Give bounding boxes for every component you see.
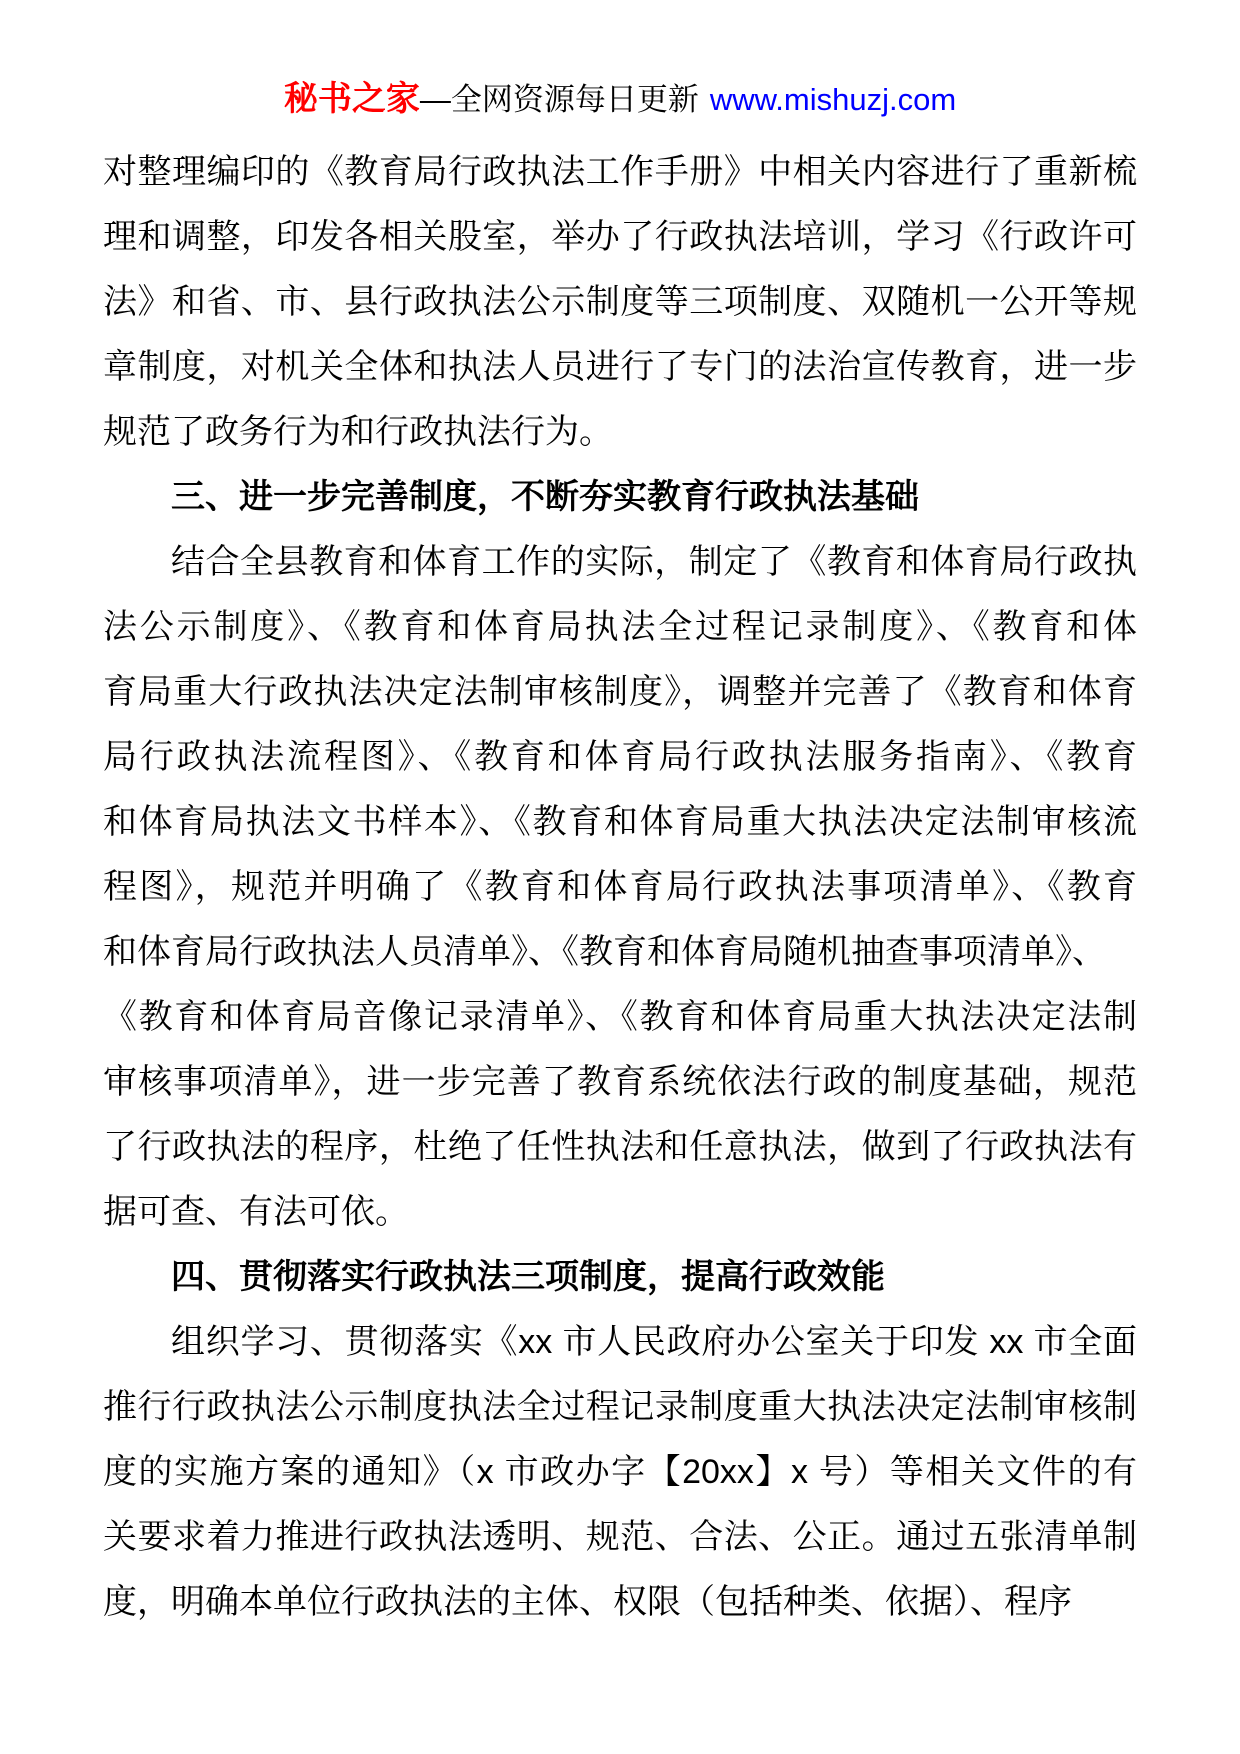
text-line: 了行政执法的程序，杜绝了任性执法和任意执法，做到了行政执法有 bbox=[103, 1115, 1137, 1180]
text-line: 组织学习、贯彻落实《xx 市人民政府办公室关于印发 xx 市全面 bbox=[103, 1310, 1137, 1375]
text-line: 关要求着力推进行政执法透明、规范、合法、公正。通过五张清单制 bbox=[103, 1505, 1137, 1570]
text-line: 育局重大行政执法决定法制审核制度》，调整并完善了《教育和体育 bbox=[103, 660, 1137, 725]
section-heading: 三、进一步完善制度，不断夯实教育行政执法基础 bbox=[103, 465, 1137, 530]
text-line: 据可查、有法可依。 bbox=[103, 1180, 1137, 1245]
text-line: 度，明确本单位行政执法的主体、权限（包括种类、依据）、程序 bbox=[103, 1570, 1137, 1635]
text-line: 推行行政执法公示制度执法全过程记录制度重大执法决定法制审核制 bbox=[103, 1375, 1137, 1440]
section-heading: 四、贯彻落实行政执法三项制度，提高行政效能 bbox=[103, 1245, 1137, 1310]
text-line: 对整理编印的《教育局行政执法工作手册》中相关内容进行了重新梳 bbox=[103, 140, 1137, 205]
paragraph: 对整理编印的《教育局行政执法工作手册》中相关内容进行了重新梳理和调整，印发各相关… bbox=[103, 140, 1137, 465]
text-line: 理和调整，印发各相关股室，举办了行政执法培训，学习《行政许可 bbox=[103, 205, 1137, 270]
text-line: 四、贯彻落实行政执法三项制度，提高行政效能 bbox=[103, 1245, 1137, 1310]
text-line: 章制度，对机关全体和执法人员进行了专门的法治宣传教育，进一步 bbox=[103, 335, 1137, 400]
header-dash: — bbox=[420, 82, 451, 117]
text-line: 和体育局执法文书样本》、《教育和体育局重大执法决定法制审核流 bbox=[103, 790, 1137, 855]
site-brand: 秘书之家 bbox=[284, 80, 420, 118]
text-line: 程图》，规范并明确了《教育和体育局行政执法事项清单》、《教育 bbox=[103, 855, 1137, 920]
text-line: 规范了政务行为和行政执法行为。 bbox=[103, 400, 1137, 465]
header-tagline: 全网资源每日更新 bbox=[451, 82, 699, 117]
text-line: 度的实施方案的通知》（x 市政办字【20xx】x 号）等相关文件的有 bbox=[103, 1440, 1137, 1505]
text-line: 局行政执法流程图》、《教育和体育局行政执法服务指南》、《教育 bbox=[103, 725, 1137, 790]
text-line: 法公示制度》、《教育和体育局执法全过程记录制度》、《教育和体 bbox=[103, 595, 1137, 660]
text-line: 结合全县教育和体育工作的实际，制定了《教育和体育局行政执 bbox=[103, 530, 1137, 595]
text-line: 法》和省、市、县行政执法公示制度等三项制度、双随机一公开等规 bbox=[103, 270, 1137, 335]
site-url-link[interactable]: www.mishuzj.com bbox=[710, 82, 956, 117]
document-page: 秘书之家—全网资源每日更新www.mishuzj.com 对整理编印的《教育局行… bbox=[0, 0, 1240, 1754]
document-body: 对整理编印的《教育局行政执法工作手册》中相关内容进行了重新梳理和调整，印发各相关… bbox=[103, 140, 1137, 1635]
paragraph: 结合全县教育和体育工作的实际，制定了《教育和体育局行政执法公示制度》、《教育和体… bbox=[103, 530, 1137, 1245]
text-line: 和体育局行政执法人员清单》、《教育和体育局随机抽查事项清单》、 bbox=[103, 920, 1137, 985]
page-header: 秘书之家—全网资源每日更新www.mishuzj.com bbox=[0, 74, 1240, 125]
text-line: 《教育和体育局音像记录清单》、《教育和体育局重大执法决定法制 bbox=[103, 985, 1137, 1050]
paragraph: 组织学习、贯彻落实《xx 市人民政府办公室关于印发 xx 市全面推行行政执法公示… bbox=[103, 1310, 1137, 1635]
text-line: 审核事项清单》，进一步完善了教育系统依法行政的制度基础，规范 bbox=[103, 1050, 1137, 1115]
text-line: 三、进一步完善制度，不断夯实教育行政执法基础 bbox=[103, 465, 1137, 530]
